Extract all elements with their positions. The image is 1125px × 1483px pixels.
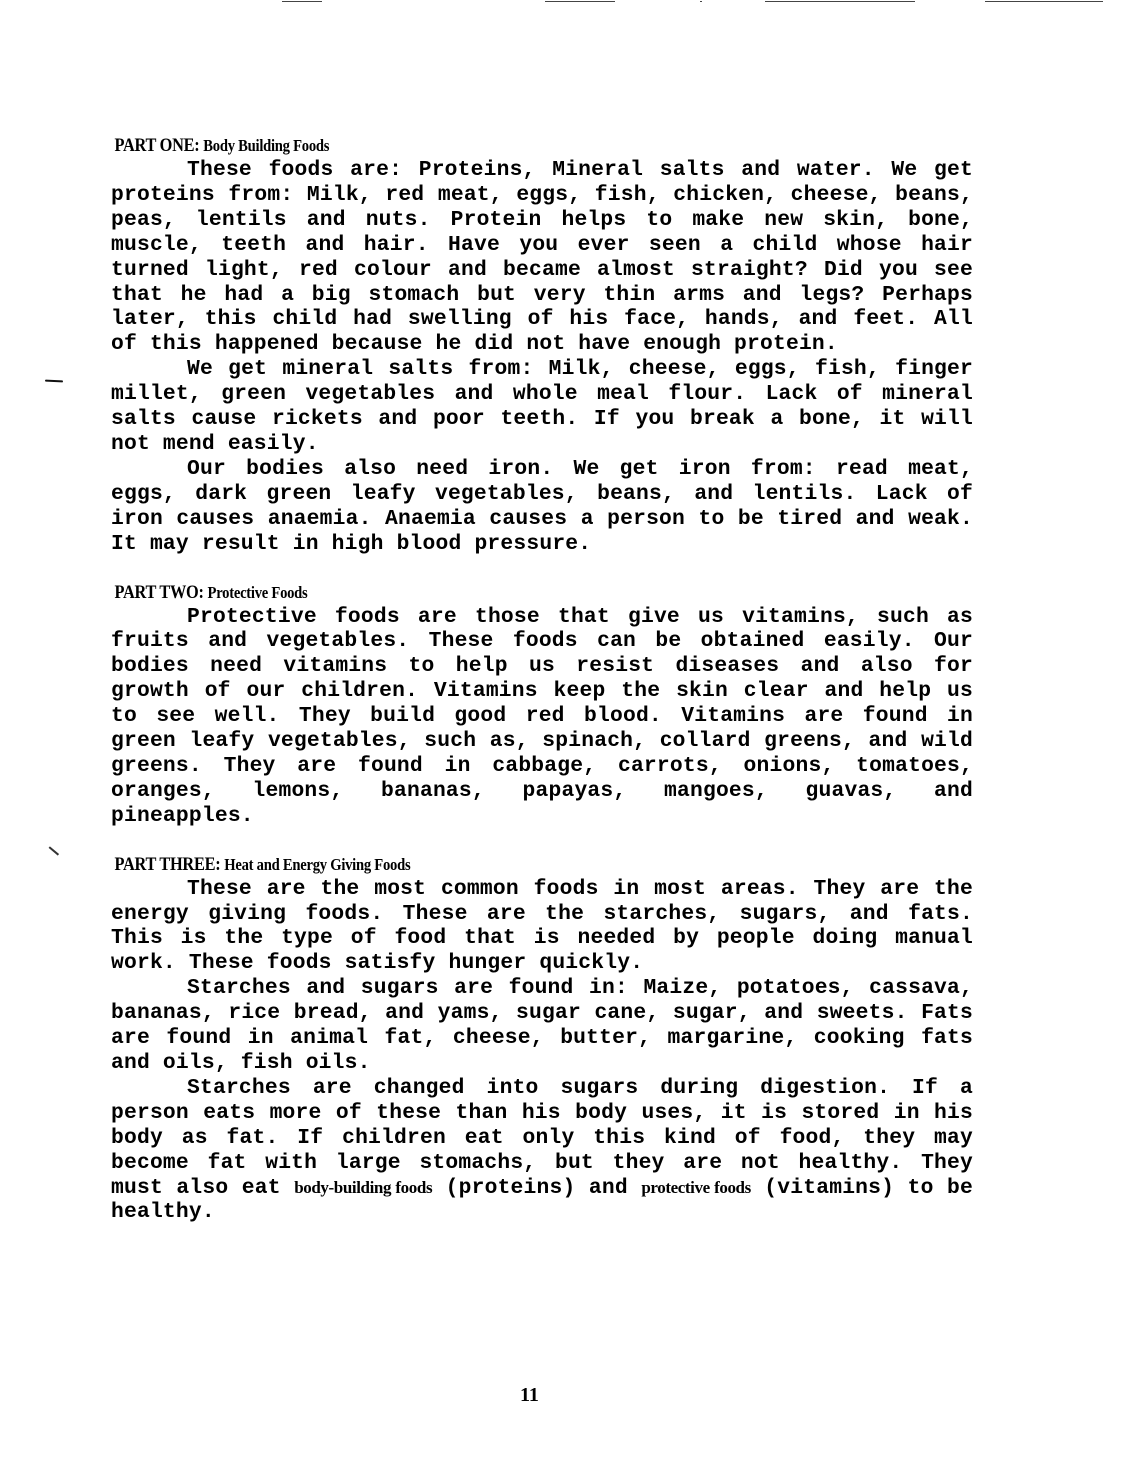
heading-title: Heat and Energy Giving Foods	[224, 855, 410, 874]
paragraph: We get mineral salts from: Milk, cheese,…	[111, 357, 973, 457]
scan-mark	[49, 846, 59, 855]
heading-part-label: PART THREE:	[114, 854, 220, 875]
section-heat-energy-foods: PART THREE: Heat and Energy Giving Foods…	[111, 853, 973, 1226]
section-heading: PART ONE: Body Building Foods	[111, 134, 852, 158]
paragraph: These are the most common foods in most …	[111, 877, 973, 977]
paragraph: Protective foods are those that give us …	[111, 605, 973, 829]
document-page: PART ONE: Body Building Foods These food…	[0, 0, 1125, 1483]
emphasis-body-building-foods: body-building foods	[294, 1178, 432, 1197]
section-heading: PART THREE: Heat and Energy Giving Foods	[111, 853, 852, 877]
page-number: 11	[520, 1384, 539, 1407]
paragraph: Starches and sugars are found in: Maize,…	[111, 976, 973, 1076]
emphasis-protective-foods: protective foods	[641, 1178, 750, 1197]
heading-title: Body Building Foods	[203, 136, 329, 155]
paragraph-final: Starches are changed into sugars during …	[111, 1076, 973, 1225]
heading-part-label: PART TWO:	[114, 582, 203, 603]
heading-title: Protective Foods	[208, 583, 308, 602]
paragraph-text: (proteins) and	[432, 1176, 641, 1200]
section-body-building-foods: PART ONE: Body Building Foods These food…	[111, 134, 973, 557]
paragraph: Our bodies also need iron. We get iron f…	[111, 457, 973, 557]
heading-part-label: PART ONE:	[114, 135, 199, 156]
section-heading: PART TWO: Protective Foods	[111, 581, 852, 605]
paragraph: These foods are: Proteins, Mineral salts…	[111, 158, 973, 357]
scan-noise-top	[0, 0, 1125, 4]
scan-mark	[45, 380, 63, 383]
section-protective-foods: PART TWO: Protective Foods Protective fo…	[111, 581, 973, 829]
document-body: PART ONE: Body Building Foods These food…	[111, 134, 973, 1249]
